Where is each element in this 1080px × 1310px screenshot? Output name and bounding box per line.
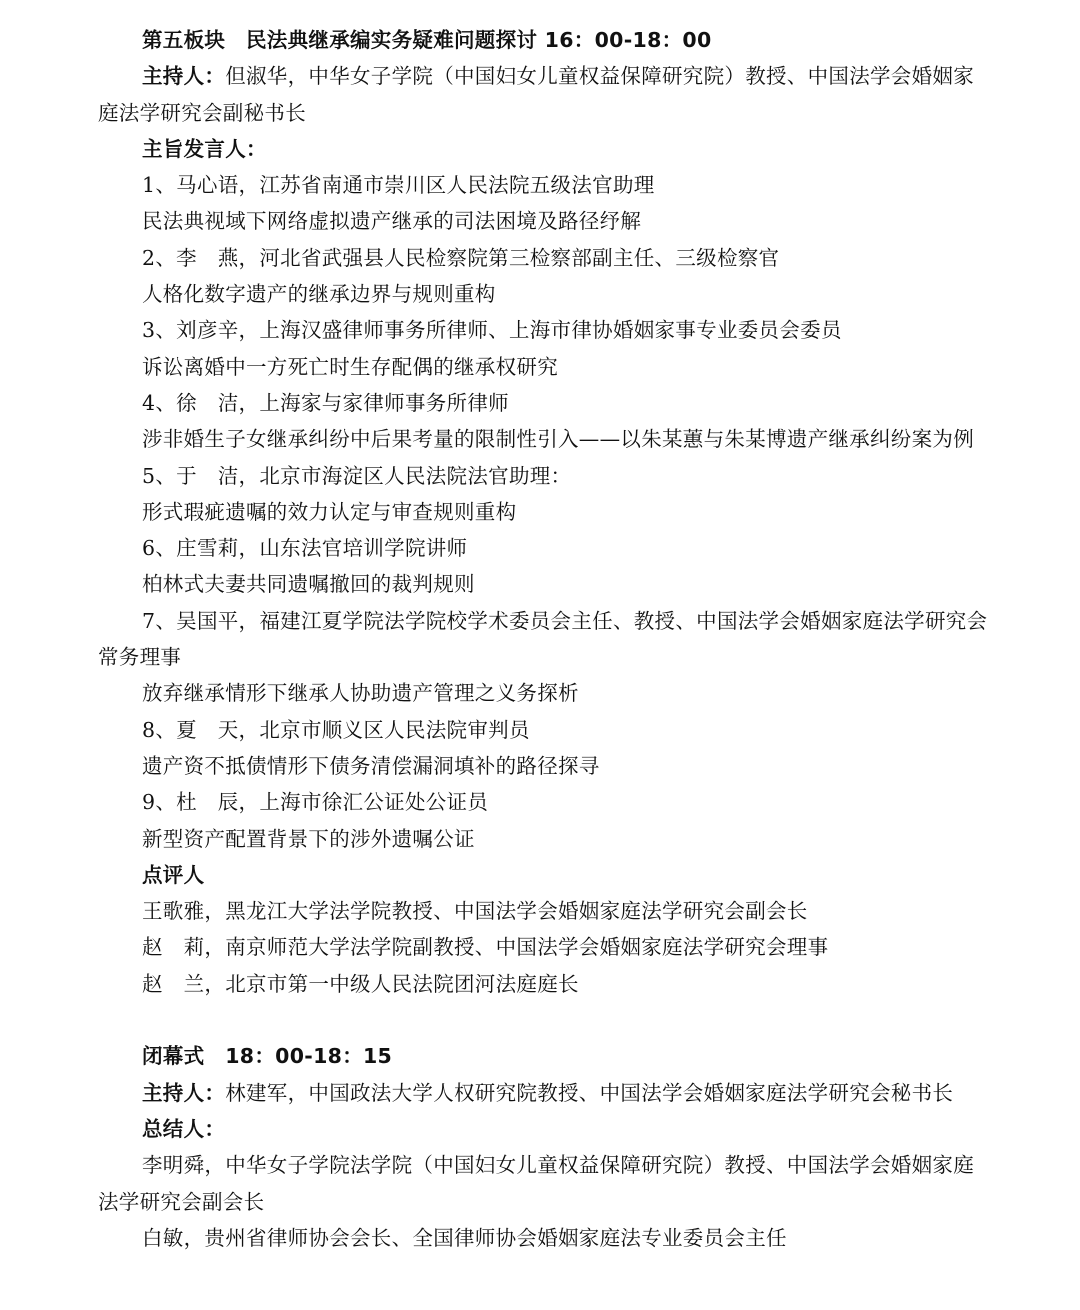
session5-host: 主持人：但淑华，中华女子学院（中国妇女儿童权益保障研究院）教授、中国法学会婚姻家… [98, 58, 990, 131]
speaker-3-name: 3、刘彦辛，上海汉盛律师事务所律师、上海市律协婚姻家事专业委员会委员 [98, 312, 990, 348]
speakers-label: 主旨发言人： [98, 131, 990, 167]
speaker-2-topic: 人格化数字遗产的继承边界与规则重构 [98, 276, 990, 312]
host-label: 主持人： [142, 64, 225, 88]
summarizer-1: 李明舜，中华女子学院法学院（中国妇女儿童权益保障研究院）教授、中国法学会婚姻家庭… [98, 1147, 990, 1220]
agenda-document: 第五板块 民法典继承编实务疑难问题探讨 16：00-18：00 主持人：但淑华，… [98, 22, 990, 1256]
speaker-4-name: 4、徐 洁，上海家与家律师事务所律师 [98, 385, 990, 421]
speaker-6-name: 6、庄雪莉，山东法官培训学院讲师 [98, 530, 990, 566]
speaker-2-name: 2、李 燕，河北省武强县人民检察院第三检察部副主任、三级检察官 [98, 240, 990, 276]
speaker-8-topic: 遗产资不抵债情形下债务清偿漏洞填补的路径探寻 [98, 748, 990, 784]
speaker-5-topic: 形式瑕疵遗嘱的效力认定与审查规则重构 [98, 494, 990, 530]
speaker-1-topic: 民法典视域下网络虚拟遗产继承的司法困境及路径纾解 [98, 203, 990, 239]
summary-label: 总结人： [98, 1111, 990, 1147]
session5-title: 第五板块 民法典继承编实务疑难问题探讨 16：00-18：00 [98, 22, 990, 58]
section-spacer [98, 1002, 990, 1038]
speaker-7-name: 7、吴国平，福建江夏学院法学院校学术委员会主任、教授、中国法学会婚姻家庭法学研究… [98, 603, 990, 676]
speaker-9-name: 9、杜 辰，上海市徐汇公证处公证员 [98, 784, 990, 820]
speaker-7-topic: 放弃继承情形下继承人协助遗产管理之义务探析 [98, 675, 990, 711]
closing-host-label: 主持人： [142, 1081, 225, 1105]
closing-host: 主持人：林建军，中国政法大学人权研究院教授、中国法学会婚姻家庭法学研究会秘书长 [98, 1075, 990, 1111]
speaker-5-name: 5、于 洁，北京市海淀区人民法院法官助理： [98, 458, 990, 494]
reviewer-3: 赵 兰，北京市第一中级人民法院团河法庭庭长 [98, 966, 990, 1002]
host-text: 但淑华，中华女子学院（中国妇女儿童权益保障研究院）教授、中国法学会婚姻家庭法学研… [98, 64, 974, 124]
speaker-1-name: 1、马心语，江苏省南通市崇川区人民法院五级法官助理 [98, 167, 990, 203]
reviewer-2: 赵 莉，南京师范大学法学院副教授、中国法学会婚姻家庭法学研究会理事 [98, 929, 990, 965]
speaker-8-name: 8、夏 天，北京市顺义区人民法院审判员 [98, 712, 990, 748]
closing-title: 闭幕式 18：00-18：15 [98, 1038, 990, 1074]
speaker-6-topic: 柏林式夫妻共同遗嘱撤回的裁判规则 [98, 566, 990, 602]
speaker-4-topic: 涉非婚生子女继承纠纷中后果考量的限制性引入——以朱某蕙与朱某博遗产继承纠纷案为例 [98, 421, 990, 457]
reviewer-1: 王歌雅，黑龙江大学法学院教授、中国法学会婚姻家庭法学研究会副会长 [98, 893, 990, 929]
closing-host-text: 林建军，中国政法大学人权研究院教授、中国法学会婚姻家庭法学研究会秘书长 [225, 1081, 953, 1105]
speaker-3-topic: 诉讼离婚中一方死亡时生存配偶的继承权研究 [98, 349, 990, 385]
speaker-9-topic: 新型资产配置背景下的涉外遗嘱公证 [98, 821, 990, 857]
summarizer-2: 白敏，贵州省律师协会会长、全国律师协会婚姻家庭法专业委员会主任 [98, 1220, 990, 1256]
reviewers-label: 点评人 [98, 857, 990, 893]
